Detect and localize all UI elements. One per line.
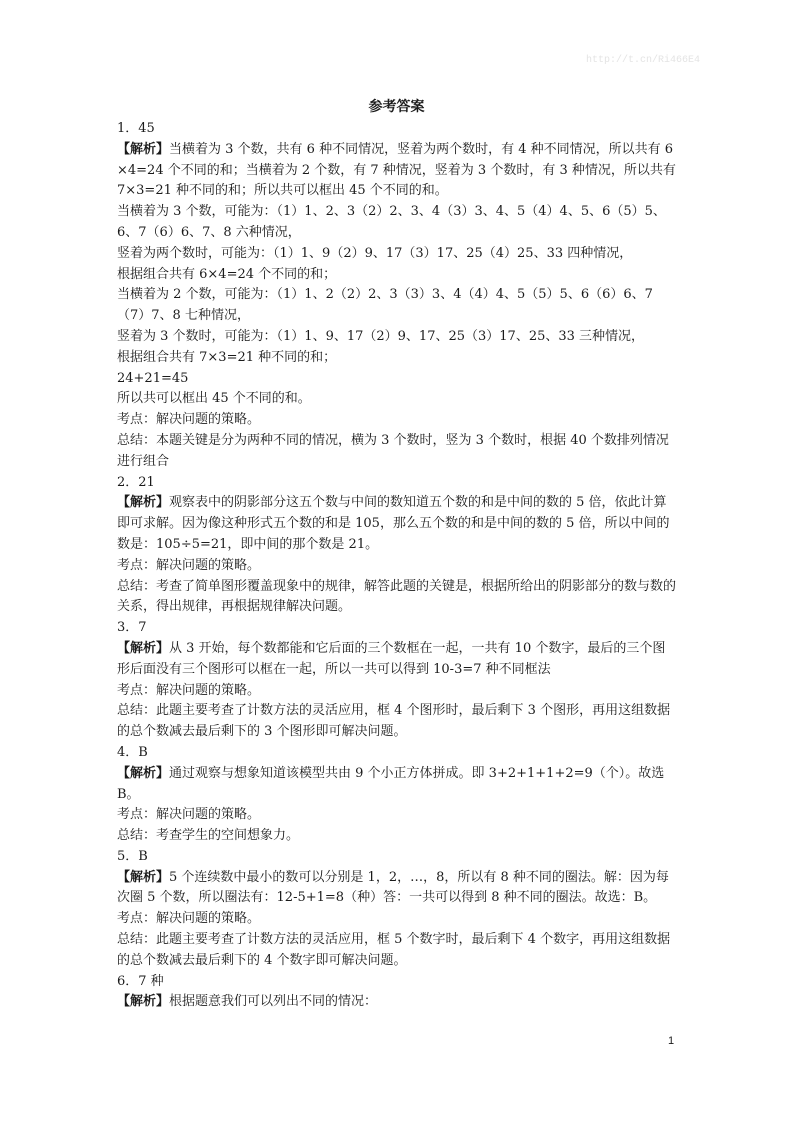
paragraph: 总结：考查学生的空间想象力。 <box>117 826 677 847</box>
paragraph-text: 3．7 <box>117 620 147 635</box>
paragraph-text: 5 个连续数中最小的数可以分别是 1，2，…，8，所以有 8 种不同的圈法。解：… <box>117 870 669 906</box>
paragraph-text: 根据组合共有 7×3=21 种不同的和； <box>117 350 336 365</box>
paragraph-text: 考点：解决问题的策略。 <box>117 807 260 822</box>
paragraph: 考点：解决问题的策略。 <box>117 909 677 930</box>
paragraph-text: 总结：考查学生的空间想象力。 <box>117 828 299 843</box>
paragraph-text: 当横着为 3 个数，可能为：（1）1、2、3（2）2、3、4（3）3、4、5（4… <box>117 204 666 240</box>
paragraph: 6．7 种 <box>117 972 677 993</box>
paragraph-text: 根据题意我们可以列出不同的情况： <box>169 994 377 1009</box>
paragraph: 【解析】通过观察与想象知道该模型共由 9 个小正方体拼成。即 3+2+1+1+2… <box>117 764 677 806</box>
paragraph: 总结：此题主要考查了计数方法的灵活应用，框 4 个图形时，最后剩下 3 个图形，… <box>117 701 677 743</box>
paragraph: 1．45 <box>117 119 677 140</box>
paragraph: 竖着为两个数时，可能为：（1）1、9（2）9、17（3）17、25（4）25、3… <box>117 244 677 265</box>
paragraph-text: 总结：此题主要考查了计数方法的灵活应用，框 5 个数字时，最后剩下 4 个数字，… <box>117 932 670 968</box>
paragraph: 【解析】从 3 开始，每个数都能和它后面的三个数框在一起，一共有 10 个数字，… <box>117 639 677 681</box>
paragraph: 5．B <box>117 847 677 868</box>
analysis-tag: 【解析】 <box>117 641 169 656</box>
paragraph: 2．21 <box>117 473 677 494</box>
paragraph: 【解析】观察表中的阴影部分这五个数与中间的数知道五个数的和是中间的数的 5 倍，… <box>117 493 677 555</box>
analysis-tag: 【解析】 <box>117 766 169 781</box>
paragraph-text: 竖着为 3 个数时，可能为：（1）1、9、17（2）9、17、25（3）17、2… <box>117 329 644 344</box>
analysis-tag: 【解析】 <box>117 870 169 885</box>
paragraph-text: 1．45 <box>117 121 155 136</box>
paragraph-text: 竖着为两个数时，可能为：（1）1、9（2）9、17（3）17、25（4）25、3… <box>117 246 632 261</box>
paragraph-text: 通过观察与想象知道该模型共由 9 个小正方体拼成。即 3+2+1+1+2=9（个… <box>117 766 664 802</box>
paragraph: 【解析】根据题意我们可以列出不同的情况： <box>117 992 677 1013</box>
paragraph: 竖着为 3 个数时，可能为：（1）1、9、17（2）9、17、25（3）17、2… <box>117 327 677 348</box>
paragraph: 考点：解决问题的策略。 <box>117 681 677 702</box>
paragraph-text: 所以共可以框出 45 个不同的和。 <box>117 391 311 406</box>
paragraph: 总结：考查了简单图形覆盖现象中的规律，解答此题的关键是，根据所给出的阴影部分的数… <box>117 577 677 619</box>
paragraph-text: 观察表中的阴影部分这五个数与中间的数知道五个数的和是中间的数的 5 倍，依此计算… <box>117 495 669 552</box>
paragraph: 【解析】当横着为 3 个数，共有 6 种不同情况，竖着为两个数时，有 4 种不同… <box>117 140 677 202</box>
page-number: 1 <box>668 1035 674 1047</box>
paragraph: 根据组合共有 7×3=21 种不同的和； <box>117 348 677 369</box>
paragraph-text: 当横着为 3 个数，共有 6 种不同情况，竖着为两个数时，有 4 种不同情况，所… <box>117 142 676 199</box>
paragraph: 【解析】5 个连续数中最小的数可以分别是 1，2，…，8，所以有 8 种不同的圈… <box>117 868 677 910</box>
analysis-tag: 【解析】 <box>117 994 169 1009</box>
paragraph: 当横着为 2 个数，可能为：（1）1、2（2）2、3（3）3、4（4）4、5（5… <box>117 285 677 327</box>
paragraph-text: 考点：解决问题的策略。 <box>117 558 260 573</box>
paragraph: 3．7 <box>117 618 677 639</box>
paragraph-text: 6．7 种 <box>117 974 164 989</box>
paragraph: 总结：此题主要考查了计数方法的灵活应用，框 5 个数字时，最后剩下 4 个数字，… <box>117 930 677 972</box>
paragraph: 所以共可以框出 45 个不同的和。 <box>117 389 677 410</box>
paragraph-text: 从 3 开始，每个数都能和它后面的三个数框在一起，一共有 10 个数字，最后的三… <box>117 641 665 677</box>
paragraph-text: 考点：解决问题的策略。 <box>117 683 260 698</box>
paragraph-text: 总结：此题主要考查了计数方法的灵活应用，框 4 个图形时，最后剩下 3 个图形，… <box>117 703 670 739</box>
paragraph: 4．B <box>117 743 677 764</box>
page-title: 参考答案 <box>0 96 793 116</box>
analysis-tag: 【解析】 <box>117 142 169 157</box>
paragraph-text: 总结：考查了简单图形覆盖现象中的规律，解答此题的关键是，根据所给出的阴影部分的数… <box>117 579 676 615</box>
paragraph: 根据组合共有 6×4=24 个不同的和； <box>117 265 677 286</box>
paragraph-text: 4．B <box>117 745 148 760</box>
paragraph: 总结：本题关键是分为两种不同的情况，横为 3 个数时，竖为 3 个数时，根据 4… <box>117 431 677 473</box>
paragraph: 考点：解决问题的策略。 <box>117 805 677 826</box>
paragraph-text: 考点：解决问题的策略。 <box>117 412 260 427</box>
paragraph-text: 24+21=45 <box>117 371 188 386</box>
paragraph: 24+21=45 <box>117 369 677 390</box>
paragraph: 考点：解决问题的策略。 <box>117 410 677 431</box>
analysis-tag: 【解析】 <box>117 495 169 510</box>
paragraph: 考点：解决问题的策略。 <box>117 556 677 577</box>
paragraph-text: 5．B <box>117 849 148 864</box>
paragraph-text: 总结：本题关键是分为两种不同的情况，横为 3 个数时，竖为 3 个数时，根据 4… <box>117 433 669 469</box>
answer-content: 1．45 【解析】当横着为 3 个数，共有 6 种不同情况，竖着为两个数时，有 … <box>117 119 677 1013</box>
watermark-url: http://t.cn/Ri466E4 <box>586 55 700 66</box>
paragraph: 当横着为 3 个数，可能为：（1）1、2、3（2）2、3、4（3）3、4、5（4… <box>117 202 677 244</box>
paragraph-text: 2．21 <box>117 475 155 490</box>
paragraph-text: 考点：解决问题的策略。 <box>117 911 260 926</box>
paragraph-text: 当横着为 2 个数，可能为：（1）1、2（2）2、3（3）3、4（4）4、5（5… <box>117 287 653 323</box>
paragraph-text: 根据组合共有 6×4=24 个不同的和； <box>117 267 336 282</box>
